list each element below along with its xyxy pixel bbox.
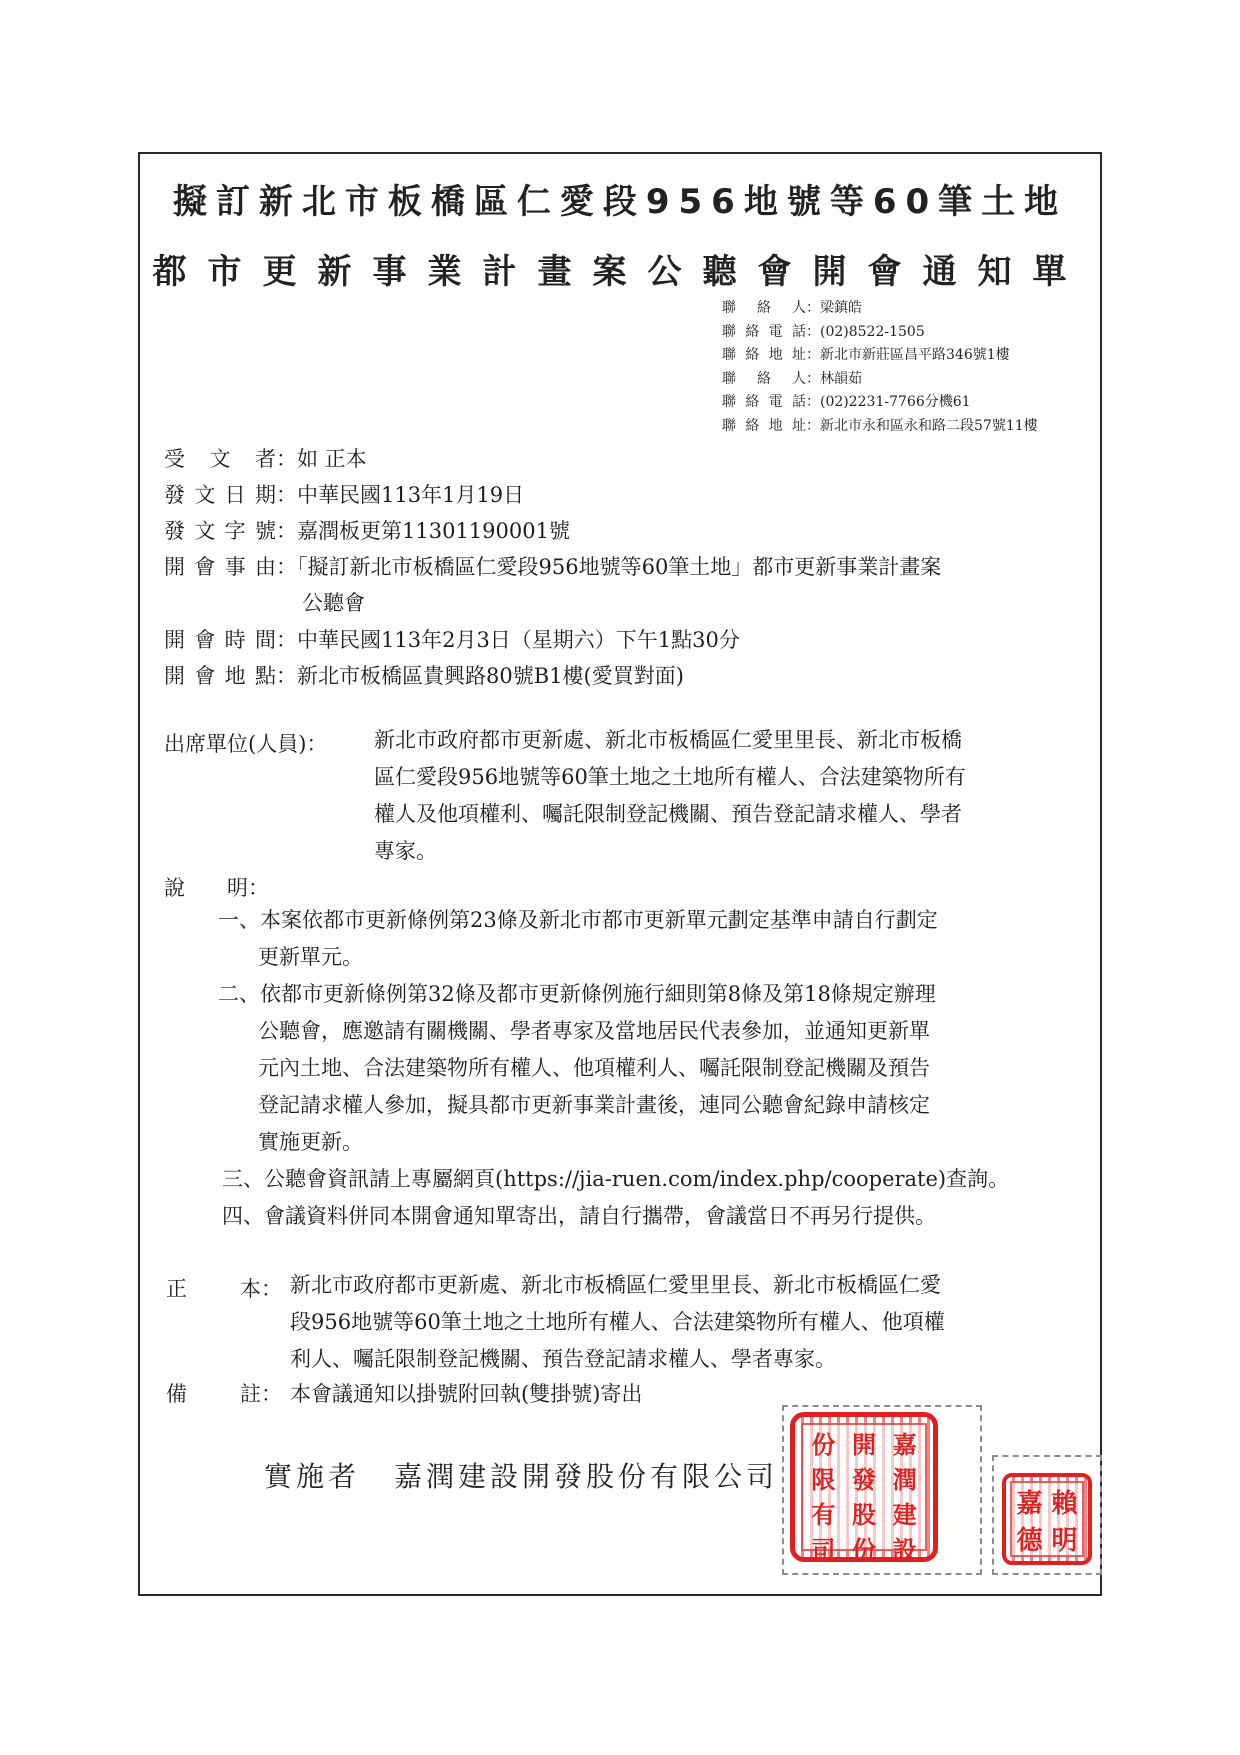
explanation-line: 公聽會，應邀請有關機關、學者專家及當地居民代表參加，並通知更新單	[218, 1013, 936, 1050]
explanation-line: 三、公聽會資訊請上專屬網頁(https://jia-ruen.com/index…	[222, 1161, 1009, 1198]
contact-value: 新北市永和區永和路二段57號11樓	[820, 418, 1038, 434]
field-label: 開會事由	[164, 551, 276, 581]
document-title-line-1: 擬訂新北市板橋區仁愛段956地號等60筆土地	[140, 174, 1100, 223]
explanation-item-1: 一、本案依都市更新條例第23條及新北市都市更新單元劃定基準申請自行劃定 更新單元…	[218, 902, 938, 976]
remark-value: 本會議通知以掛號附回執(雙掛號)寄出	[290, 1378, 642, 1408]
contact-info: 聯 絡 人：梁鎮皓 聯絡電話：(02)8522-1505 聯絡地址：新北市新莊區…	[722, 297, 1038, 438]
explanation-line: 一、本案依都市更新條例第23條及新北市都市更新單元劃定基準申請自行劃定	[218, 902, 938, 939]
contact-row: 聯 絡 人：林韻茹	[722, 368, 1038, 392]
implementer-signature: 實施者嘉潤建設開發股份有限公司	[264, 1455, 778, 1495]
contact-value: (02)8522-1505	[820, 324, 925, 340]
explanation-line: 元內土地、合法建築物所有權人、他項權利人、囑託限制登記機關及預告	[218, 1050, 936, 1087]
attendees-list: 新北市政府都市更新處、新北市板橋區仁愛里里長、新北市板橋 區仁愛段956地號等6…	[374, 722, 966, 870]
contact-row: 聯絡地址：新北市新莊區昌平路346號1樓	[722, 344, 1038, 368]
contact-label: 聯 絡 人	[722, 297, 806, 321]
meeting-time-field: 開會時間：中華民國113年2月3日（星期六）下午1點30分	[164, 624, 740, 654]
item-number: 一、	[218, 908, 260, 932]
item-number: 四、	[222, 1204, 264, 1228]
remark-label-right: 註：	[240, 1378, 282, 1408]
copies-label-left: 正	[166, 1273, 187, 1303]
copies-label-right: 本：	[240, 1273, 282, 1303]
field-label: 開會地點	[164, 660, 276, 690]
attendees-line: 區仁愛段956地號等60筆土地之土地所有權人、合法建築物所有	[374, 759, 966, 796]
field-label: 發文日期	[164, 479, 276, 509]
explanation-line: 二、依都市更新條例第32條及都市更新條例施行細則第8條及第18條規定辦理	[218, 976, 936, 1013]
explanation-label: 說 明：	[164, 872, 269, 902]
contact-value: 林韻茹	[820, 371, 862, 387]
copies-line: 利人、囑託限制登記機關、預告登記請求權人、學者專家。	[290, 1341, 945, 1378]
subject-continuation: 公聽會	[302, 587, 365, 617]
contact-row: 聯絡電話：(02)8522-1505	[722, 321, 1038, 345]
field-value: 「擬訂新北市板橋區仁愛段956地號等60筆土地」都市更新事業計畫案	[297, 555, 941, 579]
implementer-label: 實施者	[264, 1460, 360, 1493]
copies-line: 新北市政府都市更新處、新北市板橋區仁愛里里長、新北市板橋區仁愛	[290, 1267, 945, 1304]
explanation-item-4: 四、會議資料併同本開會通知單寄出，請自行攜帶，會議當日不再另行提供。	[222, 1198, 936, 1235]
issue-date-field: 發文日期：中華民國113年1月19日	[164, 479, 524, 509]
explanation-line: 登記請求權人參加，擬具都市更新事業計畫後，連同公聽會紀錄申請核定	[218, 1087, 936, 1124]
contact-value: (02)2231-7766分機61	[820, 394, 971, 410]
attendees-line: 新北市政府都市更新處、新北市板橋區仁愛里里長、新北市板橋	[374, 722, 966, 759]
contact-label: 聯絡電話	[722, 321, 806, 345]
explanation-line: 四、會議資料併同本開會通知單寄出，請自行攜帶，會議當日不再另行提供。	[222, 1198, 936, 1235]
field-value: 嘉潤板更第11301190001號	[297, 519, 570, 543]
document-title-line-2: 都市更新事業計畫案公聽會開會通知單	[140, 244, 1100, 293]
explanation-line: 實施更新。	[218, 1124, 936, 1161]
field-value: 如 正本	[297, 447, 367, 471]
field-label: 開會時間	[164, 624, 276, 654]
item-number: 二、	[218, 982, 260, 1006]
contact-label: 聯絡電話	[722, 391, 806, 415]
contact-value: 新北市新莊區昌平路346號1樓	[820, 347, 1010, 363]
explanation-line: 更新單元。	[218, 939, 938, 976]
attendees-line: 專家。	[374, 833, 966, 870]
explanation-item-2: 二、依都市更新條例第32條及都市更新條例施行細則第8條及第18條規定辦理 公聽會…	[218, 976, 936, 1161]
copies-list: 新北市政府都市更新處、新北市板橋區仁愛里里長、新北市板橋區仁愛 段956地號等6…	[290, 1267, 945, 1378]
contact-row: 聯絡地址：新北市永和區永和路二段57號11樓	[722, 415, 1038, 439]
field-value: 新北市板橋區貴興路80號B1樓(愛買對面)	[297, 664, 684, 688]
company-seal-icon: 份 開 嘉 限 發 潤 有 股 建 司 份 設	[790, 1412, 938, 1562]
item-number: 三、	[222, 1167, 264, 1191]
meeting-place-field: 開會地點：新北市板橋區貴興路80號B1樓(愛買對面)	[164, 660, 684, 690]
remark-label-left: 備	[166, 1378, 187, 1408]
contact-label: 聯絡地址	[722, 415, 806, 439]
field-label: 受文者	[164, 443, 276, 473]
explanation-item-3: 三、公聽會資訊請上專屬網頁(https://jia-ruen.com/index…	[222, 1161, 1009, 1198]
subject-field: 開會事由：「擬訂新北市板橋區仁愛段956地號等60筆土地」都市更新事業計畫案	[164, 551, 941, 581]
implementer-company: 嘉潤建設開發股份有限公司	[394, 1460, 778, 1493]
contact-value: 梁鎮皓	[820, 300, 862, 316]
attendees-label: 出席單位(人員)：	[164, 728, 327, 758]
field-value: 中華民國113年2月3日（星期六）下午1點30分	[297, 628, 740, 652]
copies-line: 段956地號等60筆土地之土地所有權人、合法建築物所有權人、他項權	[290, 1304, 945, 1341]
contact-label: 聯 絡 人	[722, 368, 806, 392]
recipient-field: 受文者：如 正本	[164, 443, 367, 473]
attendees-line: 權人及他項權利、囑託限制登記機關、預告登記請求權人、學者	[374, 796, 966, 833]
field-value: 中華民國113年1月19日	[297, 483, 524, 507]
contact-row: 聯絡電話：(02)2231-7766分機61	[722, 391, 1038, 415]
personal-seal-icon: 嘉 賴 德 明	[1002, 1473, 1092, 1565]
contact-row: 聯 絡 人：梁鎮皓	[722, 297, 1038, 321]
doc-number-field: 發文字號：嘉潤板更第11301190001號	[164, 515, 570, 545]
field-label: 發文字號	[164, 515, 276, 545]
contact-label: 聯絡地址	[722, 344, 806, 368]
